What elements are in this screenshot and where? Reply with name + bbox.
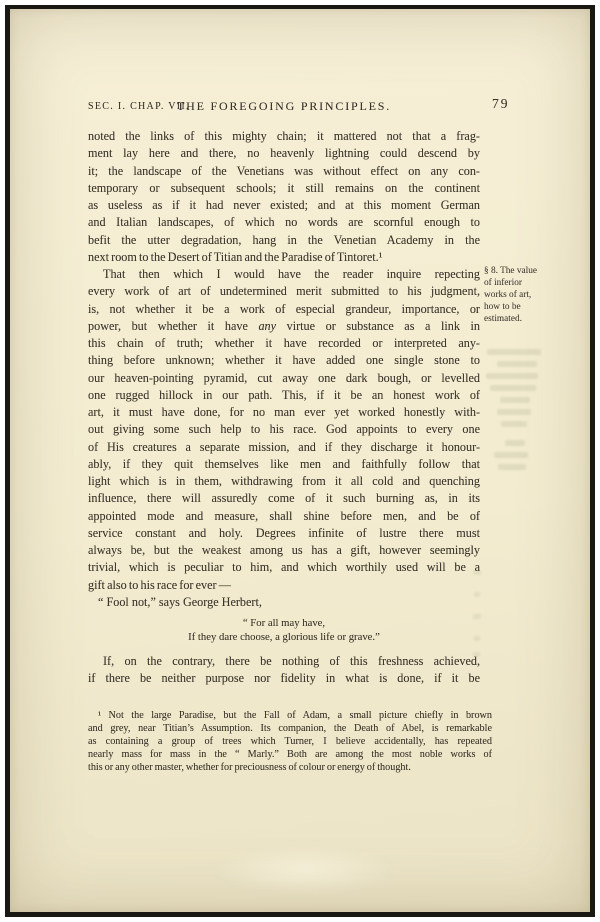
text-line: one rugged hillock in our path. This, if…	[88, 387, 480, 404]
text-line: befit the utter degradation, hang in the…	[88, 232, 480, 249]
page-content: SEC. I. CHAP. VII. THE FOREGOING PRINCIP…	[0, 0, 600, 922]
text-line: ¹ Not the large Paradise, but the Fall o…	[88, 709, 492, 722]
text-line: if there be neither purpose nor fidelity…	[88, 670, 480, 687]
paragraph-2: That then which I would have the reader …	[88, 266, 480, 594]
text-line: If, on the contrary, there be nothing of…	[88, 653, 480, 670]
page-showthrough-mark	[501, 421, 527, 427]
page-showthrough-mark	[474, 592, 480, 597]
margin-note: § 8. The valueof inferiorworks of art,ho…	[484, 266, 554, 325]
text-line: appointed mode and measure, shall shine …	[88, 508, 480, 525]
page-showthrough-mark	[473, 570, 481, 575]
text-line: light which is in them, withdrawing from…	[88, 473, 480, 490]
text-line: art, it must have done, for no man ever …	[88, 404, 480, 421]
paper-smudge	[210, 845, 400, 895]
page-showthrough-mark	[490, 385, 536, 391]
page-showthrough-mark	[486, 373, 538, 379]
page-showthrough-mark	[494, 452, 528, 458]
text-line: thing before unknown; whether it have ad…	[88, 352, 480, 369]
page-showthrough-mark	[505, 440, 525, 446]
text-line: ment lay here and there, no heavenly lig…	[88, 145, 480, 162]
paragraph-1: noted the links of this mighty chain; it…	[88, 128, 480, 266]
body-text-column: noted the links of this mighty chain; it…	[88, 128, 480, 688]
footnote: ¹ Not the large Paradise, but the Fall o…	[88, 709, 492, 774]
page-showthrough-mark	[497, 409, 531, 415]
text-line: influence, there will assuredly come of …	[88, 490, 480, 507]
text-line: power, but whether it have any virtue or…	[88, 318, 480, 335]
text-line: ably, if they quit themselves like men a…	[88, 456, 480, 473]
page-showthrough-mark	[497, 361, 537, 367]
quote-attribution-line: “ Fool not,” says George Herbert,	[88, 594, 480, 611]
text-line: If they dare choose, a glorious life or …	[88, 631, 480, 645]
text-line: next room to the Desert of Titian and th…	[88, 249, 480, 266]
text-line: That then which I would have the reader …	[88, 266, 480, 283]
herbert-verse-quote: “ For all may have,If they dare choose, …	[88, 617, 480, 644]
text-line: trivial, which is peculiar to him, and w…	[88, 559, 480, 576]
text-line: always be, but the weakest among us has …	[88, 542, 480, 559]
text-line: of inferior	[484, 278, 554, 290]
text-line: is, not whether it be a work of especial…	[88, 301, 480, 318]
text-line: service constant and holy. Degrees infin…	[88, 525, 480, 542]
text-line: works of art,	[484, 290, 554, 302]
text-line: noted the links of this mighty chain; it…	[88, 128, 480, 145]
text-line: as containing a group of trees which Tur…	[88, 735, 492, 748]
text-line: nearly mass for mass in the “ Marly.” Bo…	[88, 748, 492, 761]
page-showthrough-mark	[473, 614, 481, 619]
text-line: temporary or subsequent schools; it stil…	[88, 180, 480, 197]
text-line: § 8. The value	[484, 266, 554, 278]
text-line: “ For all may have,	[88, 617, 480, 631]
text-line: every work of art of undetermined merit …	[88, 283, 480, 300]
text-line: it; the landscape of the Venetians was w…	[88, 163, 480, 180]
text-line: estimated.	[484, 314, 554, 326]
page-showthrough-mark	[498, 464, 526, 470]
page-showthrough-mark	[474, 636, 480, 641]
text-line: gift also to his race for ever —	[88, 577, 480, 594]
text-line: our heaven-pointing pyramid, cut away on…	[88, 370, 480, 387]
text-line: out giving some such help to his race. G…	[88, 421, 480, 438]
header-running-title: THE FOREGOING PRINCIPLES.	[88, 99, 480, 114]
page-number: 79	[492, 96, 510, 112]
page-showthrough-mark	[473, 652, 480, 657]
page-showthrough-mark	[487, 349, 541, 355]
text-line: this or any other master, whether for pr…	[88, 761, 492, 774]
text-line: this chain of truth; whether it have rec…	[88, 335, 480, 352]
text-line: how to be	[484, 302, 554, 314]
text-line: of His creatures a separate mission, and…	[88, 439, 480, 456]
text-line: as useless as if it had never existed; a…	[88, 197, 480, 214]
paragraph-3: If, on the contrary, there be nothing of…	[88, 653, 480, 688]
text-line: and grey, near Titian’s Assumption. Its …	[88, 722, 492, 735]
text-line: and Italian landscapes, of which no word…	[88, 214, 480, 231]
page-showthrough-mark	[500, 397, 530, 403]
